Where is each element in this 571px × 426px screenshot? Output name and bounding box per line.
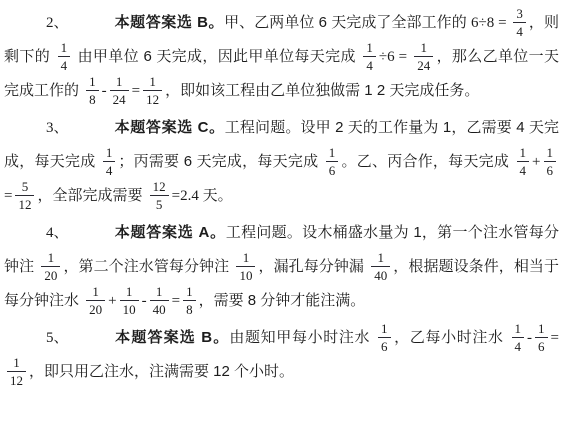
math-run: - <box>142 293 147 309</box>
fraction-denominator: 6 <box>326 162 339 178</box>
fraction-numerator: 1 <box>120 284 139 301</box>
fraction-numerator: 1 <box>544 145 557 162</box>
fraction: 16 <box>326 145 339 178</box>
math-run: = <box>172 293 180 309</box>
text-run: ；丙需要 6 天完成，每天完成 <box>118 153 322 170</box>
fraction-denominator: 6 <box>544 162 557 178</box>
solution-paragraph: 5、本题答案选 B。由题知甲每小时注水 16，乙每小时注水 14-16=112，… <box>4 321 559 389</box>
fraction: 16 <box>535 321 548 354</box>
fraction: 112 <box>143 74 162 107</box>
fraction-numerator: 1 <box>150 284 169 301</box>
answer-label: 本题答案选 B。 <box>115 329 230 346</box>
fraction-numerator: 1 <box>512 321 525 338</box>
fraction-denominator: 24 <box>110 91 129 107</box>
math-run: = <box>4 188 12 204</box>
fraction: 34 <box>513 6 526 39</box>
math-run: = <box>551 330 559 346</box>
math-run: + <box>108 293 116 309</box>
fraction-denominator: 24 <box>414 57 433 73</box>
fraction-denominator: 12 <box>15 196 34 212</box>
fraction-numerator: 1 <box>535 321 548 338</box>
fraction-numerator: 1 <box>58 40 71 57</box>
fraction: 14 <box>363 40 376 73</box>
fraction-numerator: 1 <box>183 284 196 301</box>
item-number: 4、 <box>46 216 69 250</box>
solution-paragraph: 4、本题答案选 A。工程问题。设木桶盛水量为 1，第一个注水管每分钟注 120，… <box>4 216 559 318</box>
math-run: =2.4 <box>172 188 203 204</box>
math-run: = <box>132 83 140 99</box>
fraction-numerator: 1 <box>103 145 116 162</box>
fraction: 140 <box>371 250 390 283</box>
answer-label: 本题答案选 C。 <box>115 119 225 136</box>
text-run: 。乙、丙合作，每天完成 <box>341 153 513 170</box>
item-number: 2、 <box>46 6 69 40</box>
fraction-numerator: 1 <box>236 250 255 267</box>
fraction-denominator: 8 <box>86 91 99 107</box>
answer-label: 本题答案选 A。 <box>115 224 226 241</box>
fraction-numerator: 1 <box>86 284 105 301</box>
text-run: 由甲单位 6 天完成，因此甲单位每天完成 <box>73 48 360 65</box>
fraction: 14 <box>58 40 71 73</box>
fraction: 120 <box>41 250 60 283</box>
fraction-denominator: 40 <box>150 301 169 317</box>
text-run: ，第二个注水管每分钟注 <box>63 258 233 275</box>
fraction-numerator: 1 <box>378 321 391 338</box>
solution-paragraph: 2、本题答案选 B。甲、乙两单位 6 天完成了全部工作的 6÷8 = 34，则剩… <box>4 6 559 108</box>
fraction-numerator: 1 <box>326 145 339 162</box>
fraction-denominator: 5 <box>150 196 169 212</box>
answer-label: 本题答案选 B。 <box>115 14 225 31</box>
math-run: + <box>532 154 540 170</box>
text-run: 甲、乙两单位 6 天完成了全部工作的 <box>224 14 471 31</box>
fraction-denominator: 10 <box>120 301 139 317</box>
fraction: 14 <box>517 145 530 178</box>
fraction-numerator: 5 <box>15 179 34 196</box>
fraction-numerator: 1 <box>143 74 162 91</box>
fraction: 120 <box>86 284 105 317</box>
fraction-denominator: 4 <box>363 57 376 73</box>
fraction: 125 <box>150 179 169 212</box>
math-run: 6÷8 = <box>471 15 510 31</box>
fraction-denominator: 10 <box>236 267 255 283</box>
fraction: 16 <box>544 145 557 178</box>
text-run: ，需要 8 分钟才能注满。 <box>199 292 366 309</box>
fraction: 112 <box>7 355 26 388</box>
fraction-numerator: 3 <box>513 6 526 23</box>
fraction: 512 <box>15 179 34 212</box>
fraction-denominator: 6 <box>535 338 548 354</box>
text-run: 天。 <box>203 187 233 204</box>
fraction: 124 <box>110 74 129 107</box>
fraction-denominator: 20 <box>86 301 105 317</box>
fraction-numerator: 1 <box>363 40 376 57</box>
text-run: ，即只用乙注水，注满需要 12 个小时。 <box>29 363 294 380</box>
solution-paragraph: 3、本题答案选 C。工程问题。设甲 2 天的工作量为 1，乙需要 4 天完成，每… <box>4 111 559 213</box>
text-run: ，乙每小时注水 <box>394 329 509 346</box>
fraction: 18 <box>183 284 196 317</box>
fraction: 110 <box>120 284 139 317</box>
fraction-numerator: 1 <box>371 250 390 267</box>
fraction-denominator: 8 <box>183 301 196 317</box>
fraction: 16 <box>378 321 391 354</box>
fraction: 14 <box>512 321 525 354</box>
math-run: - <box>527 330 532 346</box>
fraction-denominator: 20 <box>41 267 60 283</box>
fraction-denominator: 40 <box>371 267 390 283</box>
text-run: ，全部完成需要 <box>37 187 146 204</box>
item-number: 5、 <box>46 321 69 355</box>
document-body: 2、本题答案选 B。甲、乙两单位 6 天完成了全部工作的 6÷8 = 34，则剩… <box>0 0 563 389</box>
fraction-numerator: 1 <box>41 250 60 267</box>
fraction-numerator: 12 <box>150 179 169 196</box>
text-run: 由题知甲每小时注水 <box>229 329 375 346</box>
fraction: 110 <box>236 250 255 283</box>
math-run: - <box>102 83 107 99</box>
fraction-denominator: 4 <box>103 162 116 178</box>
fraction: 18 <box>86 74 99 107</box>
fraction-numerator: 1 <box>517 145 530 162</box>
fraction-denominator: 4 <box>517 162 530 178</box>
fraction-denominator: 4 <box>512 338 525 354</box>
fraction-numerator: 1 <box>7 355 26 372</box>
fraction: 140 <box>150 284 169 317</box>
fraction-numerator: 1 <box>86 74 99 91</box>
fraction-numerator: 1 <box>414 40 433 57</box>
fraction-denominator: 4 <box>513 23 526 39</box>
fraction-denominator: 12 <box>7 372 26 388</box>
fraction-denominator: 6 <box>378 338 391 354</box>
item-number: 3、 <box>46 111 69 145</box>
fraction-numerator: 1 <box>110 74 129 91</box>
math-run: ÷6 = <box>379 49 411 65</box>
fraction-denominator: 12 <box>143 91 162 107</box>
text-run: ，漏孔每分钟漏 <box>258 258 368 275</box>
fraction-denominator: 4 <box>58 57 71 73</box>
fraction: 124 <box>414 40 433 73</box>
text-run: ，即如该工程由乙单位独做需 1 2 天完成任务。 <box>165 82 479 99</box>
fraction: 14 <box>103 145 116 178</box>
